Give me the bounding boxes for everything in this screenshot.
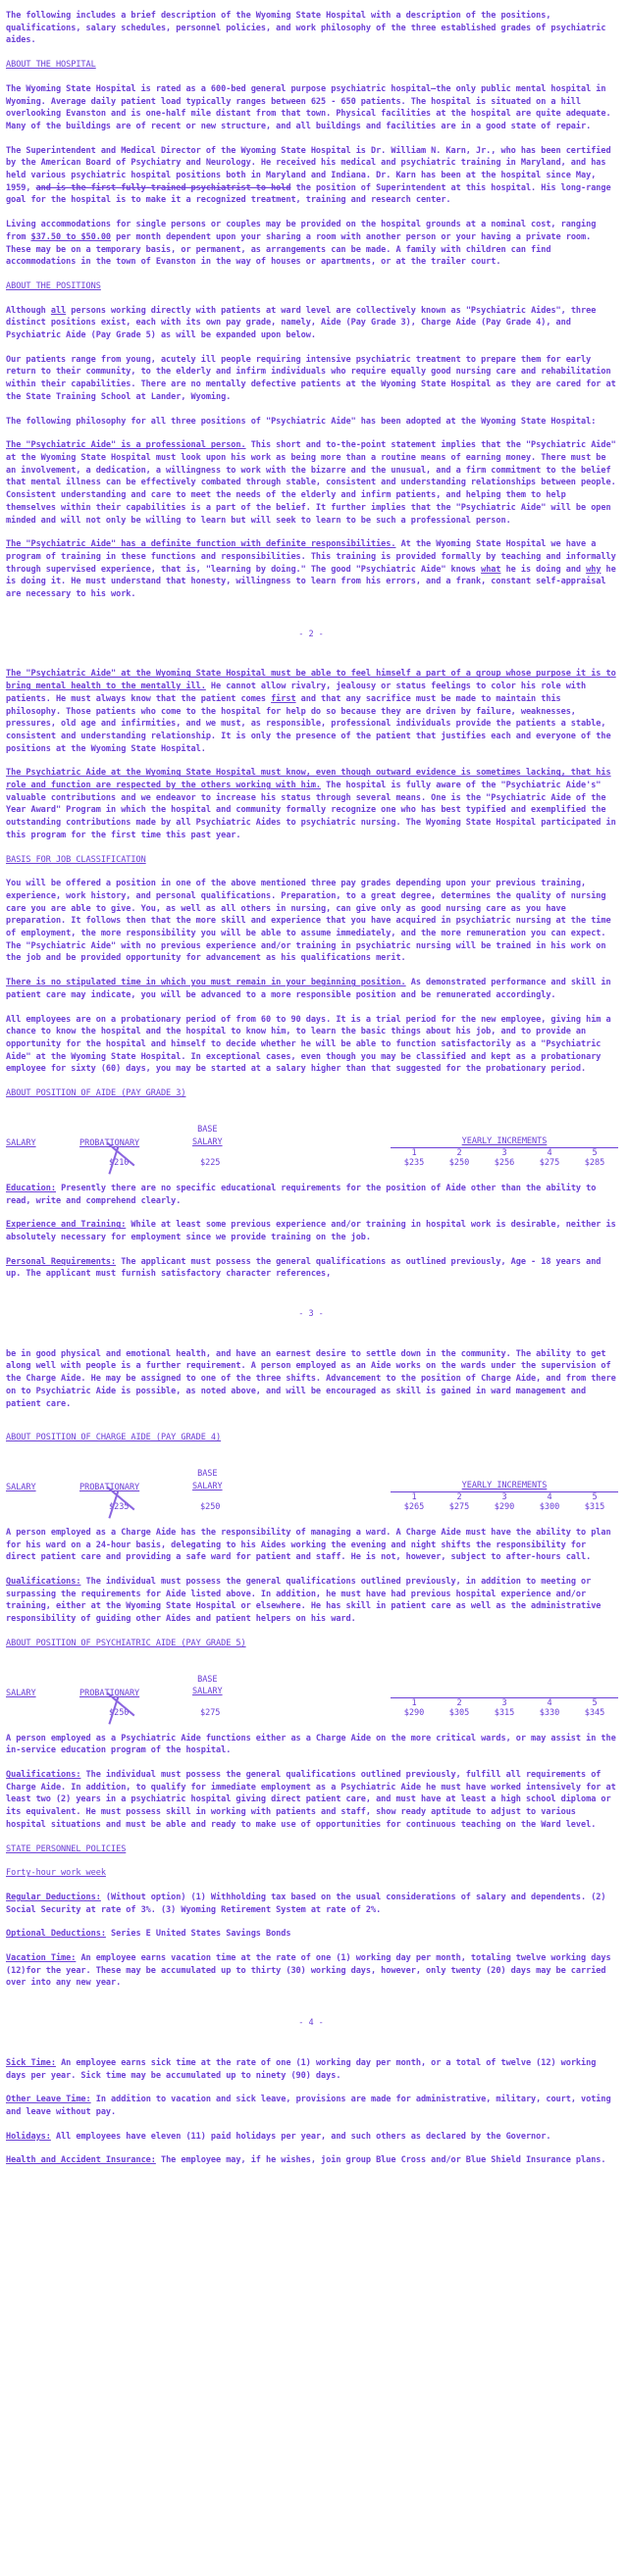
increment-value: $315 — [575, 1502, 614, 1512]
intro-paragraph: The following includes a brief descripti… — [6, 10, 616, 47]
hospital-paragraph-2: The Superintendent and Medical Director … — [6, 145, 616, 208]
label: Sick Time: — [6, 2058, 56, 2068]
heading-psychiatric-aide: ABOUT POSITION OF PSYCHIATRIC AIDE (PAY … — [6, 1638, 616, 1650]
base-salary-label: BASESALARY — [192, 1468, 223, 1492]
heading-job-classification: BASIS FOR JOB CLASSIFICATION — [6, 854, 616, 867]
increment-value: $256 — [485, 1158, 524, 1168]
label: Regular Deductions: — [6, 1893, 101, 1902]
page-number-3: - 3 - — [6, 1308, 616, 1321]
step: 4 — [530, 1698, 569, 1708]
vacation-time: Vacation Time: An employee earns vacatio… — [6, 1952, 616, 1990]
document-page: The following includes a brief descripti… — [0, 0, 628, 2198]
rent-range: $37.50 to $50.00 — [30, 232, 111, 242]
step: 5 — [575, 1148, 614, 1158]
text: SALARY — [192, 1137, 223, 1147]
text: SALARY — [192, 1687, 223, 1696]
page-number-2: - 2 - — [6, 629, 616, 641]
positions-paragraph-1: Although all persons working directly wi… — [6, 305, 616, 342]
yearly-increments: 12345 $290$305$315$330$345 — [391, 1686, 618, 1718]
text: Although — [6, 306, 51, 316]
base-salary-label: BASESALARY — [192, 1124, 223, 1148]
increment-value: $275 — [530, 1158, 569, 1168]
aide-personal: Personal Requirements: The applicant mus… — [6, 1256, 616, 1281]
label: Experience and Training: — [6, 1220, 126, 1230]
increment-value: $345 — [575, 1708, 614, 1718]
text: Series E United States Savings Bonds — [106, 1929, 291, 1939]
step: 2 — [440, 1698, 479, 1708]
text: An employee earns vacation time at the r… — [6, 1953, 611, 1988]
hospital-paragraph-3: Living accommodations for single persons… — [6, 219, 616, 269]
text: SALARY — [192, 1482, 223, 1491]
increment-steps: 12345 — [391, 1148, 618, 1158]
charge-aide-description: A person employed as a Charge Aide has t… — [6, 1527, 616, 1564]
text: In addition to vacation and sick leave, … — [6, 2095, 611, 2117]
text: he is doing and — [500, 565, 586, 575]
work-week: Forty-hour work week — [6, 1867, 616, 1880]
holidays: Holidays: All employees have eleven (11)… — [6, 2131, 616, 2144]
increment-value: $305 — [440, 1708, 479, 1718]
text: The employee may, if he wishes, join gro… — [156, 2155, 606, 2165]
increment-values: $290$305$315$330$345 — [391, 1708, 618, 1718]
increment-value: $265 — [394, 1502, 434, 1512]
other-leave: Other Leave Time: In addition to vacatio… — [6, 2094, 616, 2118]
text: The individual must possess the general … — [6, 1770, 616, 1830]
increment-steps: 12345 — [391, 1698, 618, 1708]
text: This short and to-the-point statement im… — [6, 440, 616, 525]
text: BASE — [197, 1125, 217, 1135]
emphasis: The "Psychiatric Aide" has a definite fu… — [6, 539, 395, 549]
label: Holidays: — [6, 2132, 51, 2142]
positions-paragraph-2: Our patients range from young, acutely i… — [6, 354, 616, 404]
step: 1 — [394, 1148, 434, 1158]
step: 2 — [440, 1492, 479, 1502]
charge-aide-qualifications: Qualifications: The individual must poss… — [6, 1576, 616, 1626]
increment-values: $235$250$256$275$285 — [391, 1158, 618, 1168]
page-number-4: - 4 - — [6, 2017, 616, 2030]
aide-education: Education: Presently there are no specif… — [6, 1183, 616, 1207]
increment-value: $250 — [440, 1158, 479, 1168]
step: 3 — [485, 1698, 524, 1708]
label: Personal Requirements: — [6, 1257, 116, 1267]
heading-state-policies: STATE PERSONNEL POLICIES — [6, 1844, 616, 1856]
step: 5 — [575, 1492, 614, 1502]
increment-value: $290 — [485, 1502, 524, 1512]
label: Education: — [6, 1184, 56, 1193]
heading-about-positions: ABOUT THE POSITIONS — [6, 280, 616, 293]
step: 2 — [440, 1148, 479, 1158]
label: Other Leave Time: — [6, 2095, 91, 2104]
base-salary-label: BASESALARY — [192, 1674, 223, 1698]
text: BASE — [197, 1469, 217, 1479]
salary-label: SALARY — [6, 1482, 36, 1494]
probationary-value: $235 — [109, 1501, 129, 1514]
step: 1 — [394, 1492, 434, 1502]
salary-table-psychiatric-aide: SALARY PROBATIONARY BASESALARY $250 $275… — [6, 1662, 616, 1723]
text: Presently there are no specific educatio… — [6, 1184, 596, 1206]
base-salary-value: $225 — [200, 1157, 220, 1170]
increment-value: $290 — [394, 1708, 434, 1718]
text: persons working directly with patients a… — [6, 306, 596, 340]
salary-label: SALARY — [6, 1137, 36, 1150]
yearly-increments: YEARLY INCREMENTS 12345 $265$275$290$300… — [391, 1480, 618, 1512]
aide-continued: be in good physical and emotional health… — [6, 1348, 616, 1411]
probationary-value: $210 — [109, 1157, 129, 1170]
step: 5 — [575, 1698, 614, 1708]
increment-value: $300 — [530, 1502, 569, 1512]
heading-charge-aide: ABOUT POSITION OF CHARGE AIDE (PAY GRADE… — [6, 1432, 616, 1444]
emphasis: There is no stipulated time in which you… — [6, 978, 406, 987]
step: 3 — [485, 1148, 524, 1158]
label: Health and Accident Insurance: — [6, 2155, 156, 2165]
increment-value: $235 — [394, 1158, 434, 1168]
text: BASE — [197, 1675, 217, 1685]
text: The individual must possess the general … — [6, 1577, 601, 1624]
base-salary-value: $250 — [200, 1501, 220, 1514]
base-salary-value: $275 — [200, 1707, 220, 1720]
philosophy-group: The "Psychiatric Aide" at the Wyoming St… — [6, 668, 616, 755]
step: 1 — [394, 1698, 434, 1708]
label: Qualifications: — [6, 1577, 80, 1587]
step: 4 — [530, 1148, 569, 1158]
label: Optional Deductions: — [6, 1929, 106, 1939]
philosophy-professional: The "Psychiatric Aide" is a professional… — [6, 439, 616, 527]
yearly-increments: YEARLY INCREMENTS 12345 $235$250$256$275… — [391, 1136, 618, 1168]
heading-about-hospital: ABOUT THE HOSPITAL — [6, 59, 616, 72]
label: Vacation Time: — [6, 1953, 76, 1963]
heading-aide: ABOUT POSITION OF AIDE (PAY GRADE 3) — [6, 1087, 616, 1100]
philosophy-function: The "Psychiatric Aide" has a definite fu… — [6, 538, 616, 601]
classification-paragraph-1: You will be offered a position in one of… — [6, 878, 616, 965]
classification-paragraph-2: There is no stipulated time in which you… — [6, 977, 616, 1001]
step: 3 — [485, 1492, 524, 1502]
salary-label: SALARY — [6, 1688, 36, 1700]
salary-table-charge-aide: SALARY PROBATIONARY BASESALARY $235 $250… — [6, 1456, 616, 1517]
insurance: Health and Accident Insurance: The emplo… — [6, 2154, 616, 2167]
struck-text: and is the first fully-trained psychiatr… — [36, 183, 291, 193]
step: 4 — [530, 1492, 569, 1502]
increment-values: $265$275$290$300$315 — [391, 1502, 618, 1512]
increment-steps: 12345 — [391, 1492, 618, 1502]
positions-paragraph-3: The following philosophy for all three p… — [6, 416, 616, 429]
optional-deductions: Optional Deductions: Series E United Sta… — [6, 1928, 616, 1941]
label: Qualifications: — [6, 1770, 80, 1780]
probation-paragraph: All employees are on a probationary peri… — [6, 1014, 616, 1077]
increment-value: $275 — [440, 1502, 479, 1512]
yearly-increments-label: YEARLY INCREMENTS — [391, 1480, 618, 1492]
text: An employee earns sick time at the rate … — [6, 2058, 596, 2081]
sick-time: Sick Time: An employee earns sick time a… — [6, 2057, 616, 2082]
aide-experience: Experience and Training: While at least … — [6, 1219, 616, 1243]
increment-value: $285 — [575, 1158, 614, 1168]
emphasis: all — [51, 306, 66, 316]
emphasis: why — [586, 565, 601, 575]
regular-deductions: Regular Deductions: (Without option) (1)… — [6, 1892, 616, 1916]
psychiatric-aide-description: A person employed as a Psychiatric Aide … — [6, 1733, 616, 1757]
increment-value: $315 — [485, 1708, 524, 1718]
text: All employees have eleven (11) paid holi… — [51, 2132, 551, 2142]
yearly-increments-label: YEARLY INCREMENTS — [391, 1136, 618, 1148]
hospital-paragraph-1: The Wyoming State Hospital is rated as a… — [6, 83, 616, 133]
salary-table-aide: SALARY PROBATIONARY BASESALARY $210 $225… — [6, 1112, 616, 1173]
philosophy-respect: The Psychiatric Aide at the Wyoming Stat… — [6, 767, 616, 841]
psychiatric-aide-qualifications: Qualifications: The individual must poss… — [6, 1769, 616, 1832]
yearly-increments-rule — [391, 1686, 618, 1698]
probationary-value: $250 — [109, 1707, 129, 1720]
emphasis: The "Psychiatric Aide" is a professional… — [6, 440, 246, 450]
emphasis: first — [271, 694, 295, 704]
increment-value: $330 — [530, 1708, 569, 1718]
emphasis: what — [481, 565, 500, 575]
